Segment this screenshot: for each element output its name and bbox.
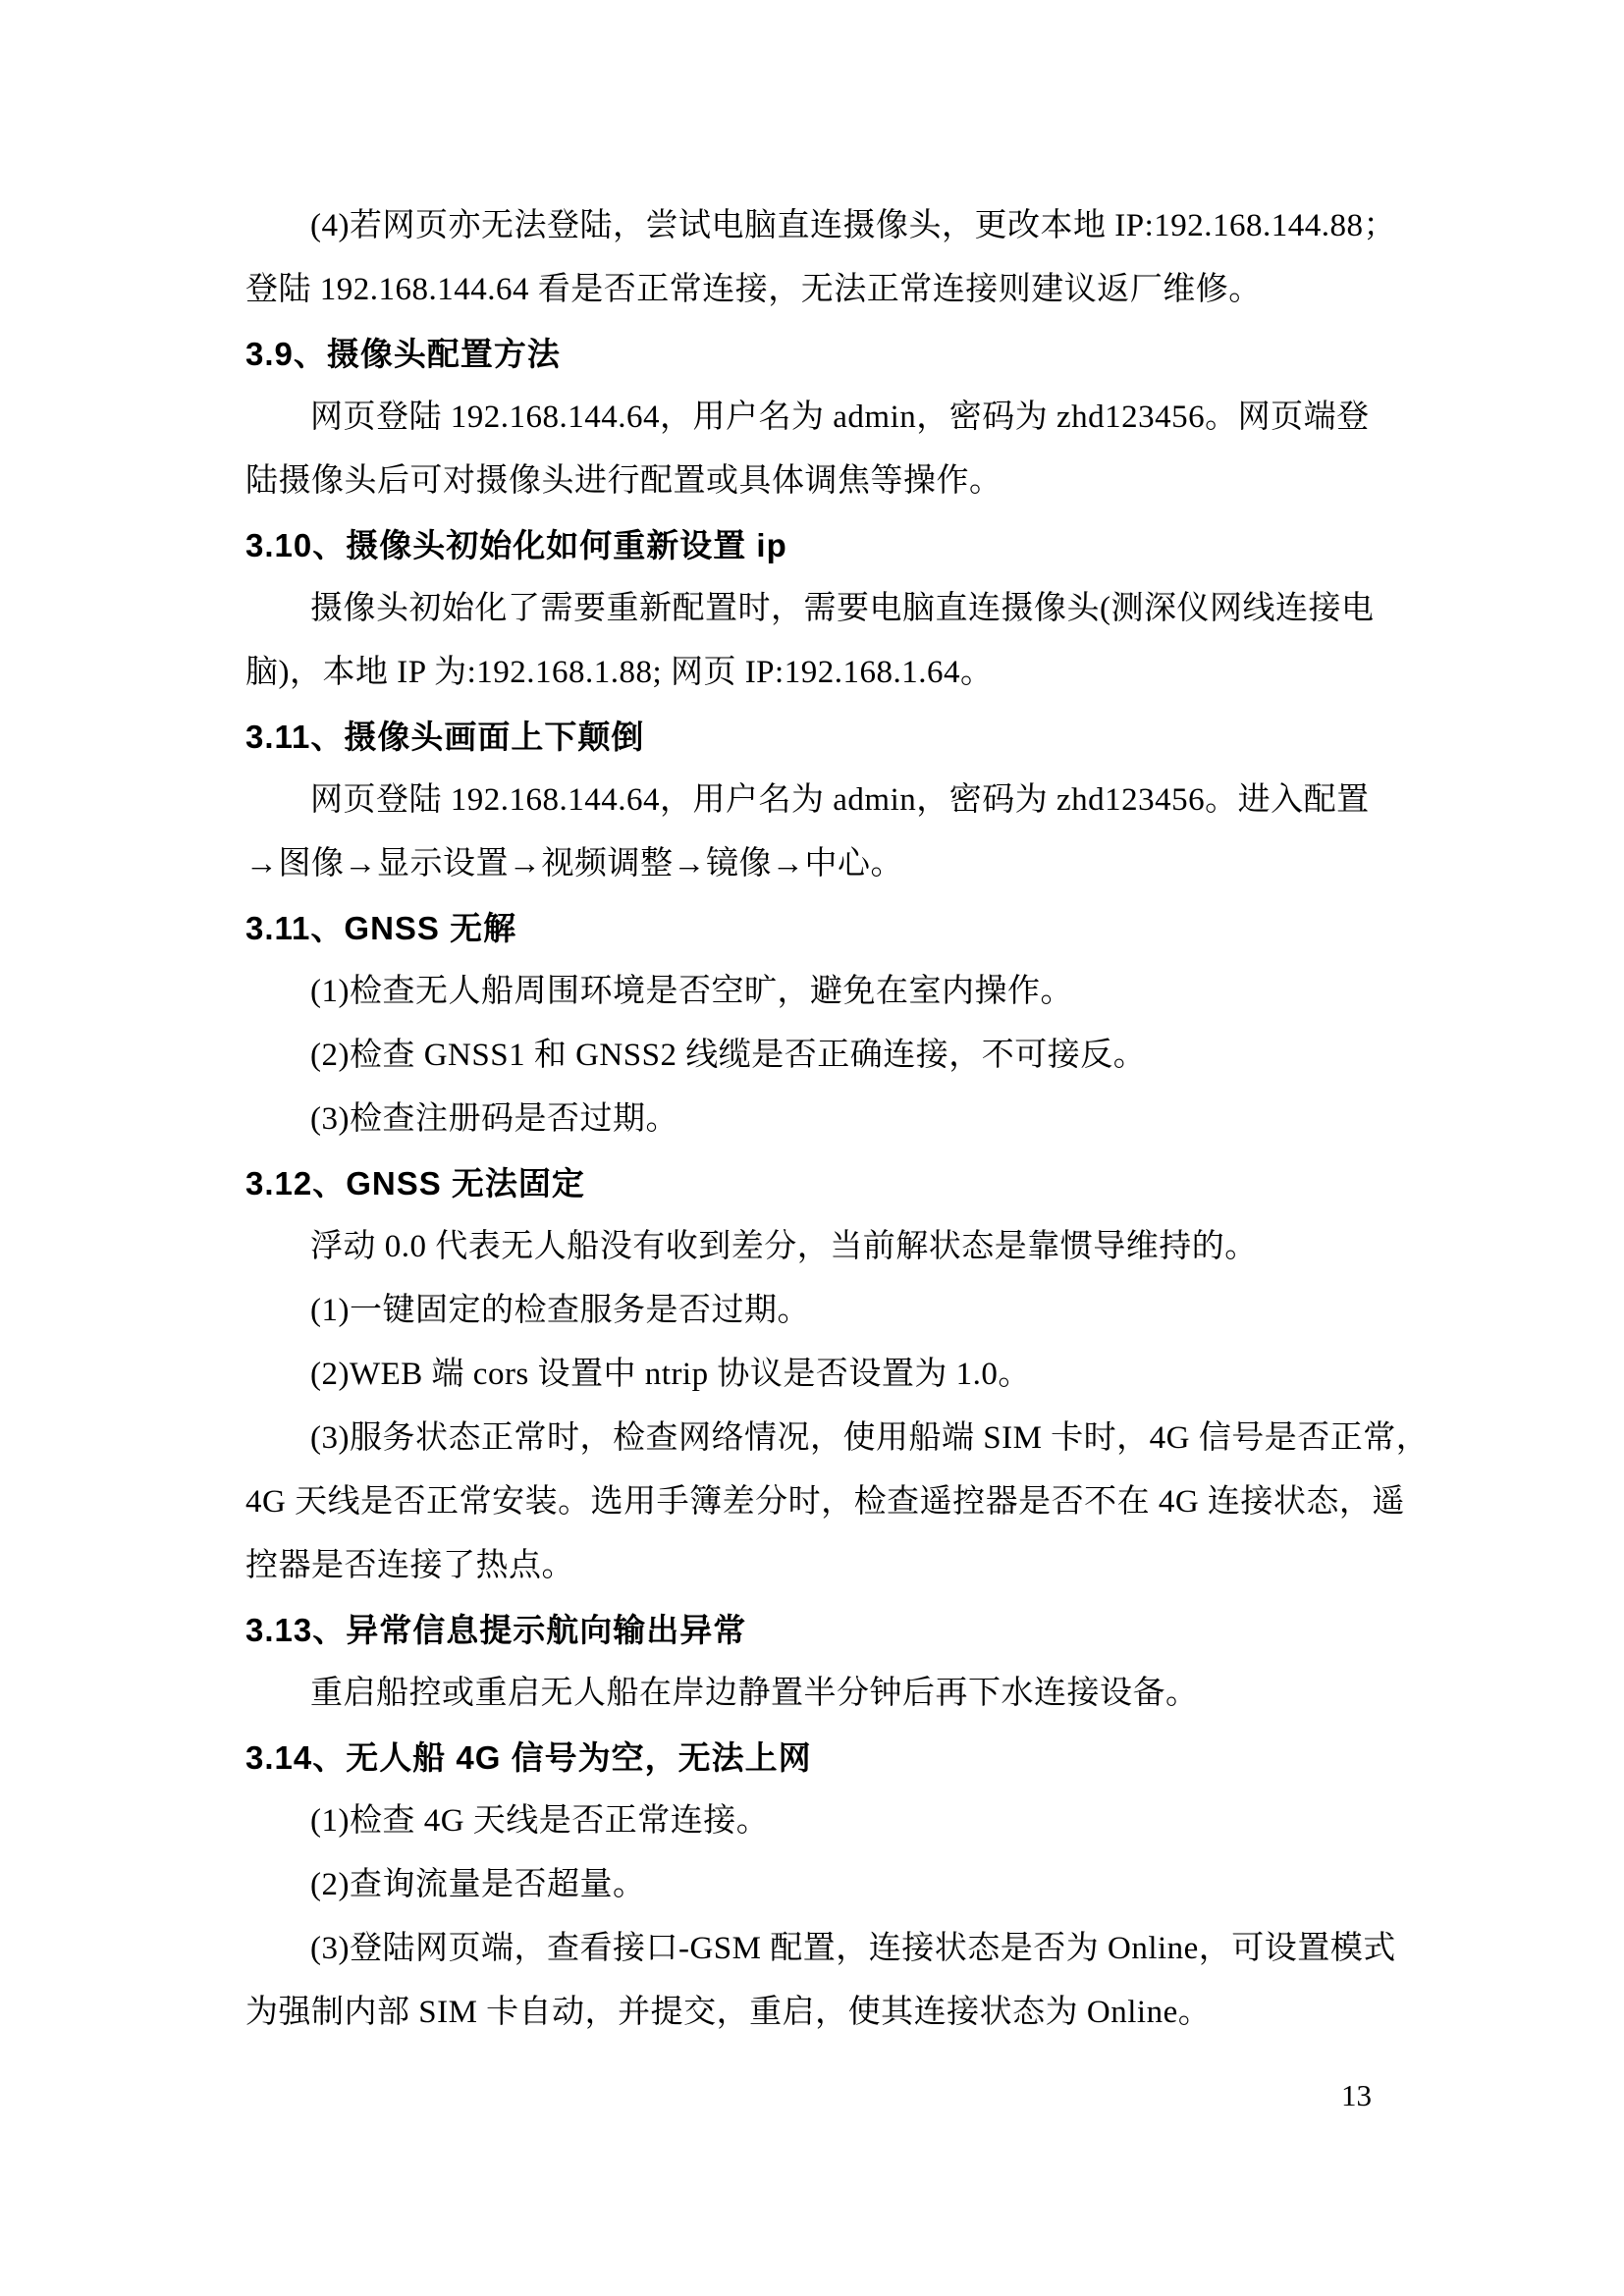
section-heading: 3.13、异常信息提示航向输出异常 [245,1598,1392,1662]
paragraph-line: (2)查询流量是否超量。 [245,1853,1392,1917]
paragraph-line: 为强制内部 SIM 卡自动，并提交，重启，使其连接状态为 Online。 [245,1981,1392,2045]
paragraph-line: 登陆 192.168.144.64 看是否正常连接，无法正常连接则建议返厂维修。 [245,258,1392,322]
paragraph-line: 重启船控或重启无人船在岸边静置半分钟后再下水连接设备。 [245,1662,1392,1726]
paragraph-line: 4G 天线是否正常安装。选用手簿差分时，检查遥控器是否不在 4G 连接状态，遥 [245,1470,1392,1534]
paragraph-line: →图像→显示设置→视频调整→镜像→中心。 [245,832,1392,896]
paragraph-line: 浮动 0.0 代表无人船没有收到差分，当前解状态是靠惯导维持的。 [245,1215,1392,1279]
paragraph-line: (3)服务状态正常时，检查网络情况，使用船端 SIM 卡时，4G 信号是否正常， [245,1407,1392,1470]
section-heading: 3.12、GNSS 无法固定 [245,1151,1392,1215]
section-heading: 3.11、摄像头画面上下颠倒 [245,705,1392,769]
paragraph-line: 控器是否连接了热点。 [245,1534,1392,1598]
paragraph-line: (1)一键固定的检查服务是否过期。 [245,1279,1392,1343]
section-heading: 3.9、摄像头配置方法 [245,322,1392,386]
section-heading: 3.14、无人船 4G 信号为空，无法上网 [245,1726,1392,1789]
page-number: 13 [1341,2073,1372,2118]
paragraph-line: 脑)，本地 IP 为:192.168.1.88; 网页 IP:192.168.1… [245,641,1392,705]
section-heading: 3.10、摄像头初始化如何重新设置 ip [245,513,1392,577]
paragraph-line: 摄像头初始化了需要重新配置时，需要电脑直连摄像头(测深仪网线连接电 [245,577,1392,641]
paragraph-line: 陆摄像头后可对摄像头进行配置或具体调焦等操作。 [245,450,1392,513]
paragraph-line: (3)登陆网页端，查看接口-GSM 配置，连接状态是否为 Online，可设置模… [245,1917,1392,1981]
paragraph-line: (2)检查 GNSS1 和 GNSS2 线缆是否正确连接，不可接反。 [245,1024,1392,1088]
paragraph-line: (2)WEB 端 cors 设置中 ntrip 协议是否设置为 1.0。 [245,1343,1392,1407]
paragraph-line: 网页登陆 192.168.144.64，用户名为 admin，密码为 zhd12… [245,769,1392,832]
paragraph-line: (1)检查无人船周围环境是否空旷，避免在室内操作。 [245,960,1392,1024]
document-content: (4)若网页亦无法登陆，尝试电脑直连摄像头，更改本地 IP:192.168.14… [245,194,1392,2045]
section-heading: 3.11、GNSS 无解 [245,896,1392,960]
paragraph-line: (3)检查注册码是否过期。 [245,1088,1392,1151]
paragraph-line: 网页登陆 192.168.144.64，用户名为 admin，密码为 zhd12… [245,386,1392,450]
paragraph-line: (1)检查 4G 天线是否正常连接。 [245,1789,1392,1853]
paragraph-line: (4)若网页亦无法登陆，尝试电脑直连摄像头，更改本地 IP:192.168.14… [245,194,1392,258]
document-page: (4)若网页亦无法登陆，尝试电脑直连摄像头，更改本地 IP:192.168.14… [0,0,1624,2296]
